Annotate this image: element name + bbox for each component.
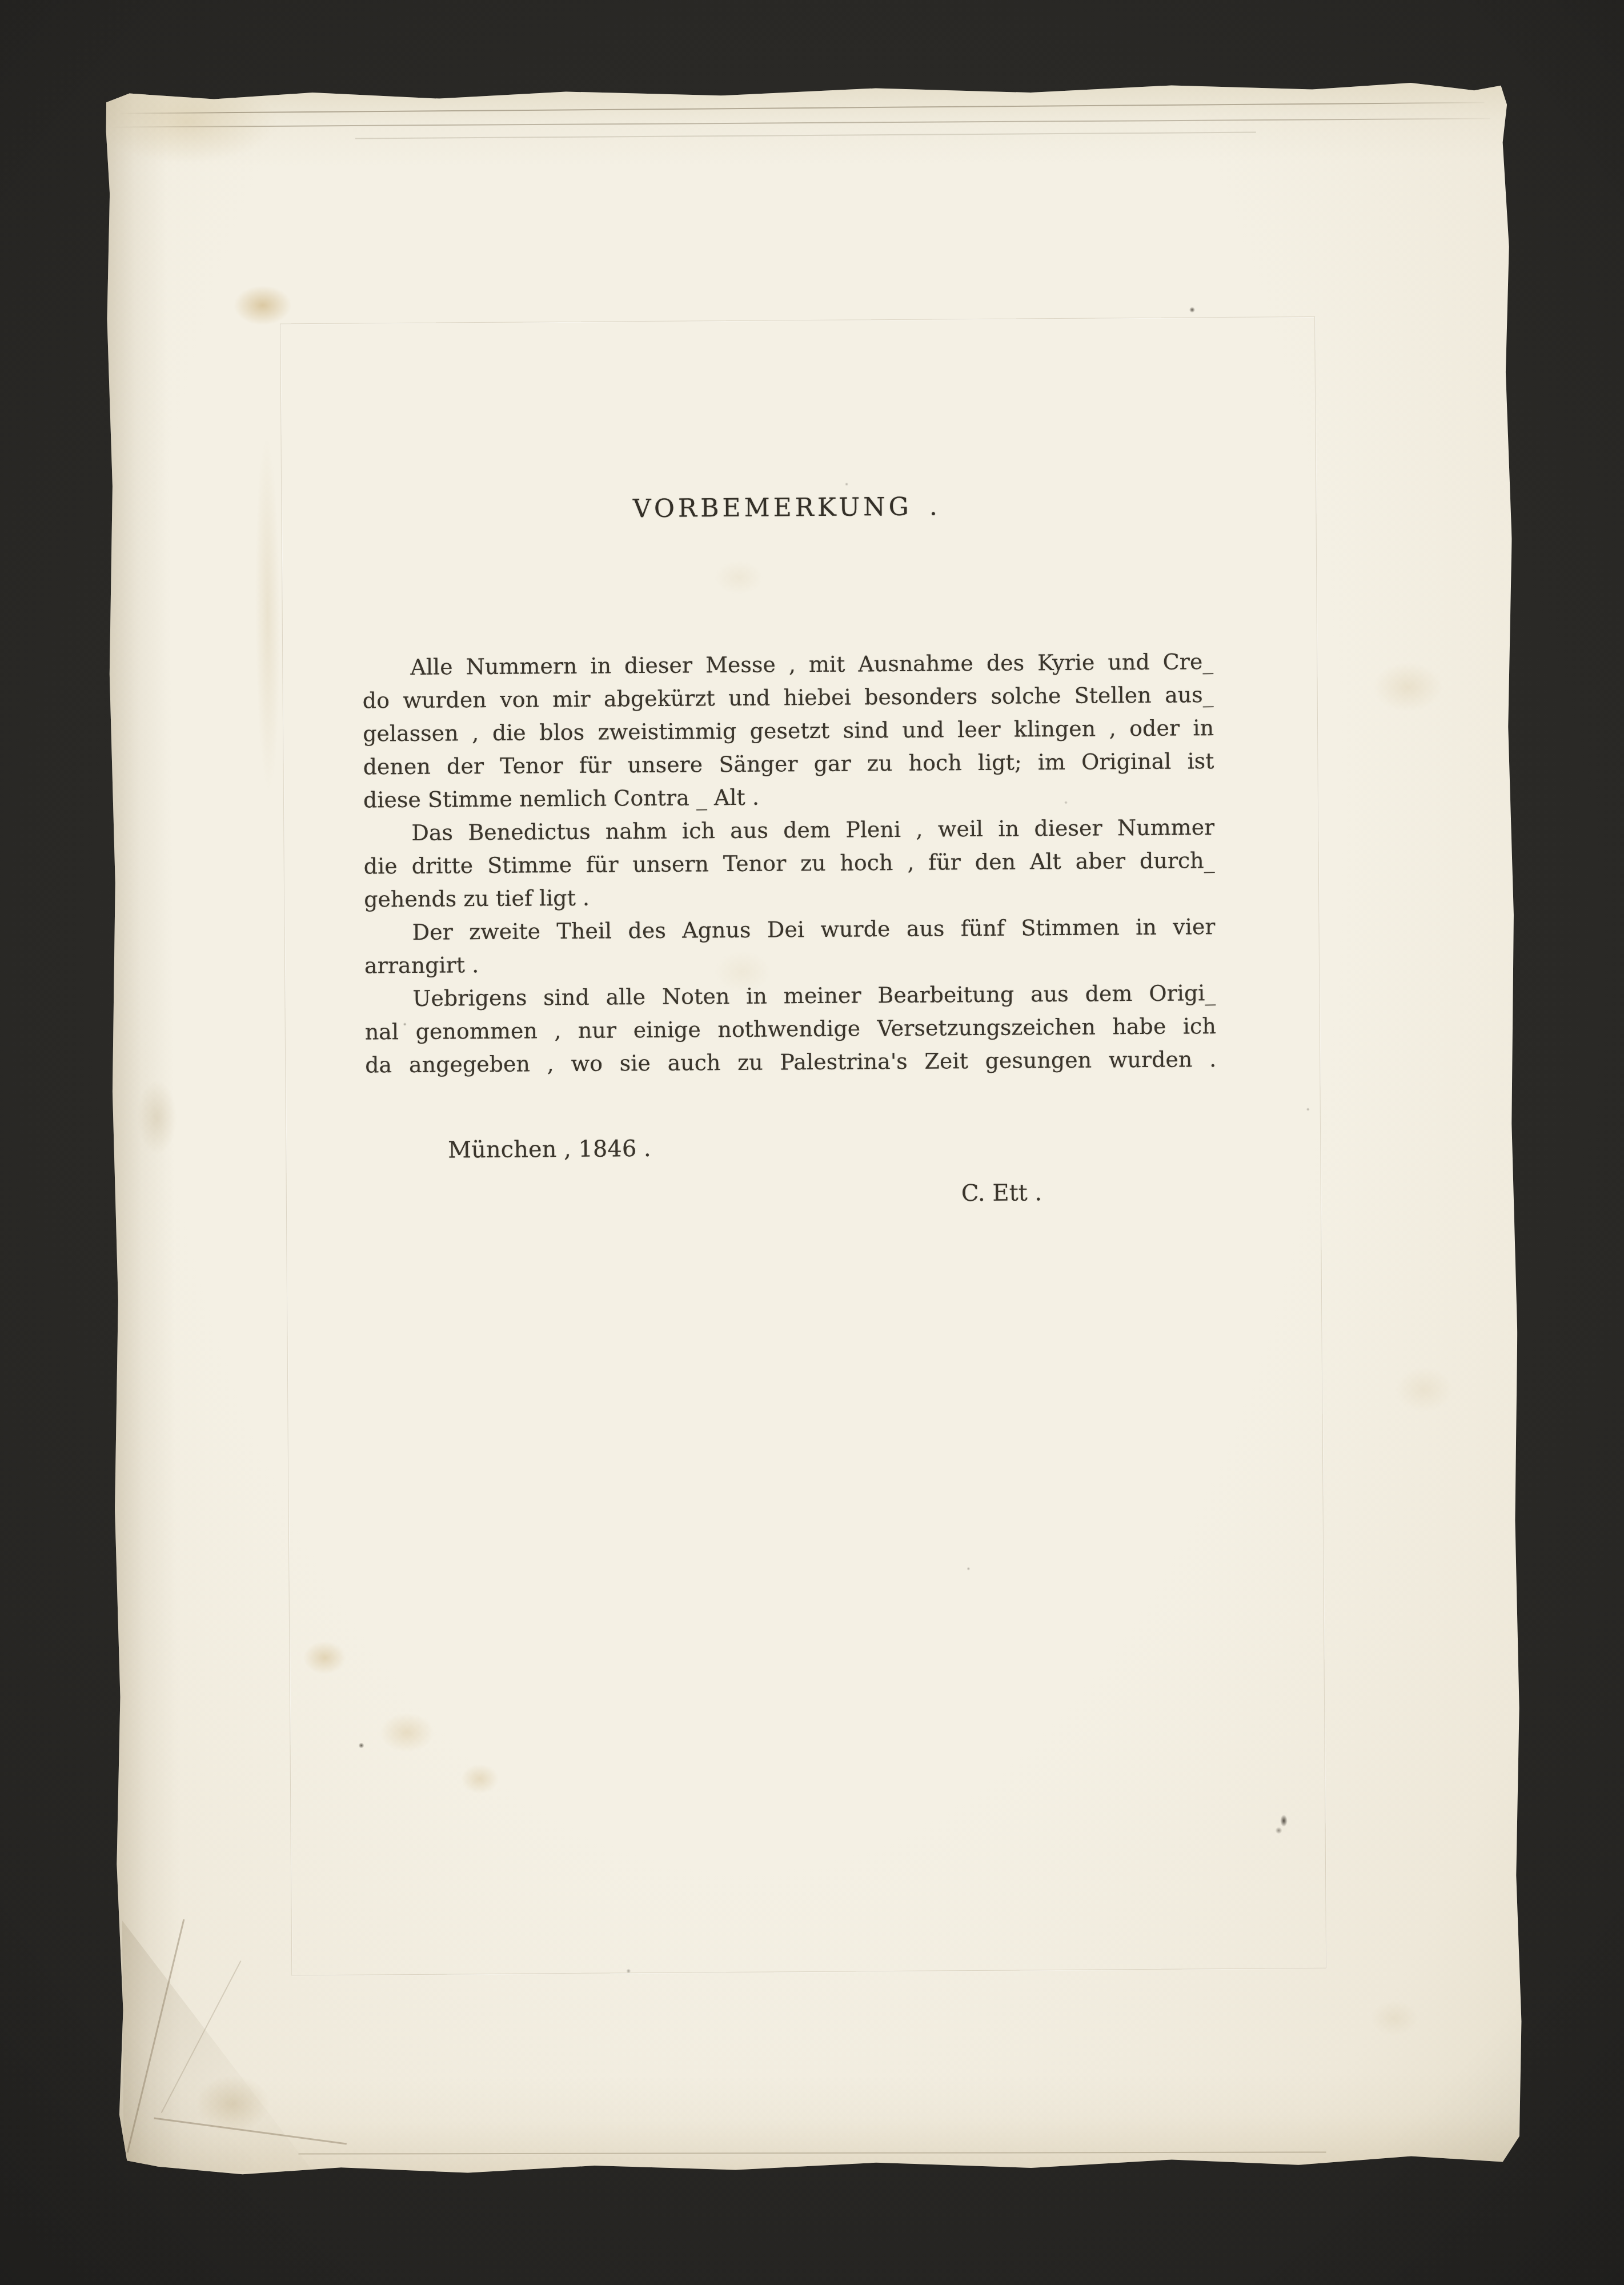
document-page: VORBEMERKUNG . Alle Nummern in dieser Me… — [101, 79, 1523, 2177]
page-title: VORBEMERKUNG . — [361, 490, 1212, 525]
fold-crease — [154, 2117, 347, 2144]
fold-crease — [161, 1961, 242, 2113]
body-line: arrangirt . — [364, 943, 1216, 982]
body-line: diese Stimme nemlich Contra _ Alt . — [363, 777, 1214, 816]
body-paragraphs: Alle Nummern in dieser Messe , mit Ausna… — [362, 645, 1216, 1081]
body-line: Das Benedictus nahm ich aus dem Pleni , … — [363, 811, 1214, 849]
body-line: nal genommen , nur einige nothwendige Ve… — [365, 1009, 1216, 1048]
body-line: denen der Tenor für unsere Sänger gar zu… — [363, 744, 1214, 783]
body-line: die dritte Stimme für unsern Tenor zu ho… — [364, 844, 1215, 883]
signature: C. Ett . — [961, 1180, 1042, 1206]
body-line: do wurden von mir abgekürzt und hiebei b… — [363, 678, 1214, 717]
body-line: Uebrigens sind alle Noten in meiner Bear… — [364, 976, 1216, 1015]
dateline: München , 1846 . — [448, 1136, 651, 1163]
body-line: Der zweite Theil des Agnus Dei wurde aus… — [364, 910, 1215, 949]
printed-text-block: VORBEMERKUNG . Alle Nummern in dieser Me… — [358, 82, 1224, 2175]
fold-crease — [127, 1919, 185, 2153]
body-line: da angegeben , wo sie auch zu Palestrina… — [365, 1043, 1216, 1081]
body-line: Alle Nummern in dieser Messe , mit Ausna… — [362, 645, 1213, 684]
fold-corner — [122, 1919, 312, 2171]
body-line: gehends zu tief ligt . — [364, 877, 1215, 916]
body-line: gelassen , die blos zweistimmig gesetzt … — [363, 711, 1214, 750]
